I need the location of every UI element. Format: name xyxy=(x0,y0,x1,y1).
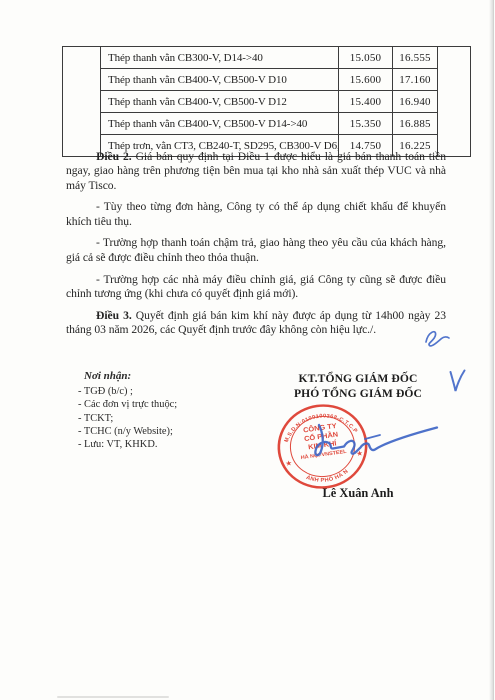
recipient-item: - Lưu: VT, KHKD. xyxy=(78,438,248,451)
handwritten-initial xyxy=(421,326,452,350)
price-cell: 15.050 xyxy=(339,47,393,69)
recipients-heading: Nơi nhận: xyxy=(84,370,248,383)
price-cell: 16.555 xyxy=(393,47,438,69)
table-row: Thép thanh vằn CB400-V, CB500-V D14->40 … xyxy=(63,113,471,135)
product-name-cell: Thép thanh vằn CB400-V, CB500-V D14->40 xyxy=(101,113,339,135)
table-row: Thép thanh vằn CB400-V, CB500-V D12 15.4… xyxy=(63,91,471,113)
recipient-item: - TGĐ (b/c) ; xyxy=(78,385,248,398)
recipients-block: Nơi nhận: - TGĐ (b/c) ; - Các đơn vị trự… xyxy=(78,370,248,451)
product-name-cell: Thép thanh vằn CB400-V, CB500-V D12 xyxy=(101,91,339,113)
scan-edge-artifact xyxy=(489,0,494,700)
signature-stroke xyxy=(308,419,441,463)
price-cell: 16.885 xyxy=(393,113,438,135)
table-row: Thép thanh vằn CB400-V, CB500-V D10 15.6… xyxy=(63,69,471,91)
signer-role-line1: KT.TỔNG GIÁM ĐỐC xyxy=(266,371,450,386)
price-cell: 15.350 xyxy=(339,113,393,135)
price-cell: 15.400 xyxy=(339,91,393,113)
product-name-cell: Thép thanh vằn CB400-V, CB500-V D10 xyxy=(101,69,339,91)
article-3-label: Điều 3. xyxy=(96,309,132,322)
table-right-margin-cell xyxy=(438,47,471,157)
price-cell: 15.600 xyxy=(339,69,393,91)
scan-smudge-artifact xyxy=(57,696,169,698)
article-2-paragraph: Điều 2. Giá bán quy định tại Điều 1 được… xyxy=(66,150,446,193)
initial-stroke xyxy=(421,326,452,350)
table-row: Thép thanh vằn CB300-V, D14->40 15.050 1… xyxy=(63,47,471,69)
article-3-paragraph: Điều 3. Quyết định giá bán kim khí này đ… xyxy=(66,309,446,338)
recipient-item: - TCHC (n/y Website); xyxy=(78,425,248,438)
handwritten-signature xyxy=(308,419,441,463)
signer-name: Lê Xuân Anh xyxy=(266,486,450,501)
recipients-list: - TGĐ (b/c) ; - Các đơn vị trực thuộc; -… xyxy=(78,385,248,451)
bullet-late-payment: - Trường hợp thanh toán chậm trả, giao h… xyxy=(66,236,446,265)
stamp-star-left-icon: ★ xyxy=(284,460,292,468)
recipient-item: - Các đơn vị trực thuộc; xyxy=(78,398,248,411)
approval-check-icon xyxy=(448,369,467,395)
bullet-factory-adjustment: - Trường hợp các nhà máy điều chỉnh giá,… xyxy=(66,273,446,302)
bullet-discount: - Tùy theo từng đơn hàng, Công ty có thể… xyxy=(66,200,446,229)
table-left-margin-cell xyxy=(63,47,101,157)
document-body: Điều 2. Giá bán quy định tại Điều 1 được… xyxy=(66,150,446,345)
document-page: Thép thanh vằn CB300-V, D14->40 15.050 1… xyxy=(0,0,495,700)
product-name-cell: Thép thanh vằn CB300-V, D14->40 xyxy=(101,47,339,69)
price-cell: 17.160 xyxy=(393,69,438,91)
recipient-item: - TCKT; xyxy=(78,412,248,425)
check-stroke xyxy=(448,369,467,395)
price-cell: 16.940 xyxy=(393,91,438,113)
steel-price-table: Thép thanh vằn CB300-V, D14->40 15.050 1… xyxy=(62,46,471,157)
article-2-label: Điều 2. xyxy=(96,150,132,163)
